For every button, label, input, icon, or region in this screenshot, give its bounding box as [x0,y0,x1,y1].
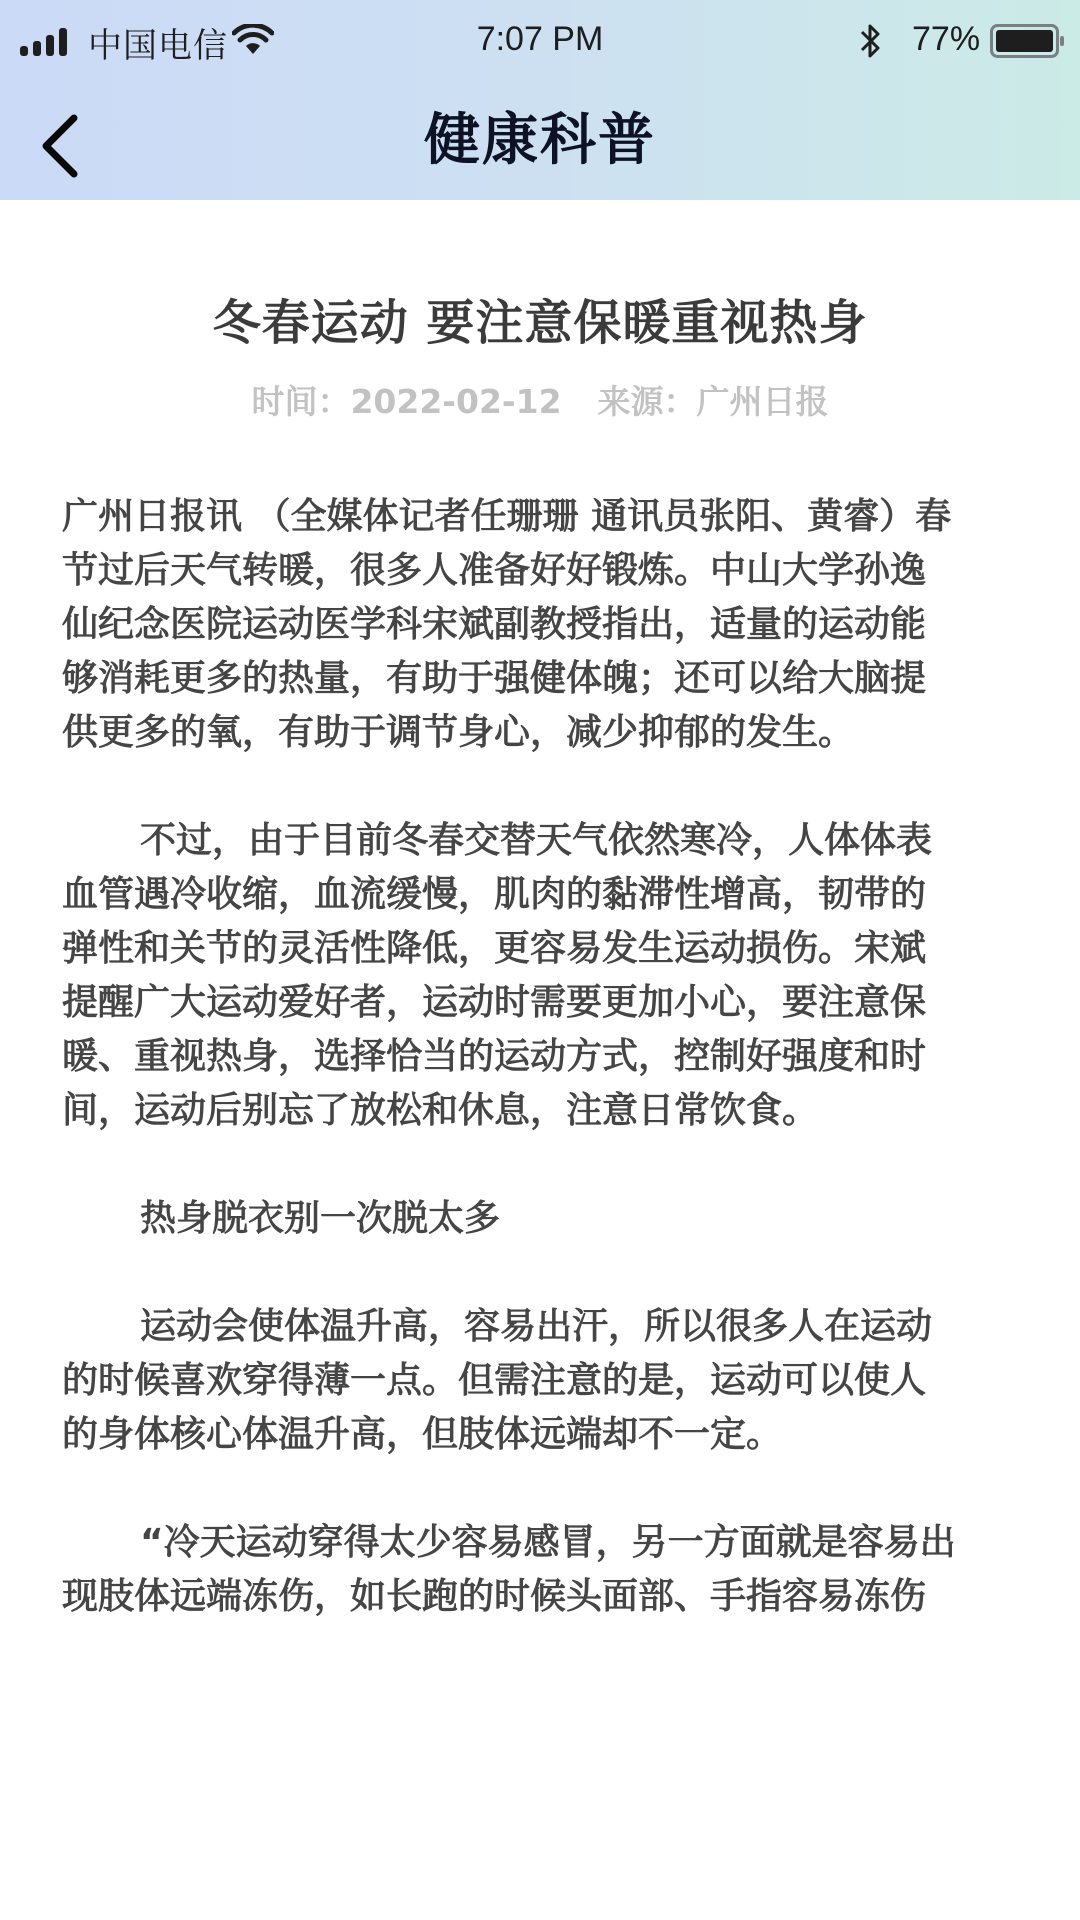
paragraph-line: 不过，由于目前冬春交替天气依然寒冷，人体体表 [62,814,1022,868]
status-bar: 中国电信 7:07 PM 77% [0,0,1080,84]
article-meta: 时间：2022-02-12来源：广州日报 [0,376,1080,423]
paragraph-line: 提醒广大运动爱好者，运动时需要更加小心，要注意保 [62,976,1022,1030]
paragraph-line: 广州日报讯 （全媒体记者任珊珊 通讯员张阳、黄睿）春 [62,490,1022,544]
publish-date: 2022-02-12 [350,382,561,421]
paragraph-line: 弹性和关节的灵活性降低，更容易发生运动损伤。宋斌 [62,922,1022,976]
paragraph-line: 暖、重视热身，选择恰当的运动方式，控制好强度和时 [62,1030,1022,1084]
paragraph-line: 仙纪念医院运动医学科宋斌副教授指出，适量的运动能 [62,598,1022,652]
paragraph-1: 广州日报讯 （全媒体记者任珊珊 通讯员张阳、黄睿）春 节过后天气转暖，很多人准备… [62,490,1022,760]
paragraph-line: 间，运动后别忘了放松和休息，注意日常饮食。 [62,1084,1022,1138]
nav-bar: 健康科普 [0,84,1080,200]
source-label: 来源： [598,376,697,423]
battery-icon [990,24,1066,58]
article-body: 广州日报讯 （全媒体记者任珊珊 通讯员张阳、黄睿）春 节过后天气转暖，很多人准备… [62,490,1022,1678]
bluetooth-icon [858,22,884,60]
paragraph-line: 的身体核心体温升高，但肢体远端却不一定。 [62,1408,1022,1462]
paragraph-line: 的时候喜欢穿得薄一点。但需注意的是，运动可以使人 [62,1354,1022,1408]
paragraph-line: 血管遇冷收缩，血流缓慢，肌肉的黏滞性增高，韧带的 [62,868,1022,922]
battery-percent: 77% [912,20,980,59]
article-title: 冬春运动 要注意保暖重视热身 [0,284,1080,353]
paragraph-2: 不过，由于目前冬春交替天气依然寒冷，人体体表 血管遇冷收缩，血流缓慢，肌肉的黏滞… [62,814,1022,1138]
section-heading: 热身脱衣别一次脱太多 [62,1192,1022,1246]
paragraph-line: “冷天运动穿得太少容易感冒，另一方面就是容易出 [62,1516,1022,1570]
paragraph-line: 供更多的氧，有助于调节身心，减少抑郁的发生。 [62,706,1022,760]
paragraph-4: “冷天运动穿得太少容易感冒，另一方面就是容易出 现肢体远端冻伤，如长跑的时候头面… [62,1516,1022,1624]
page-title: 健康科普 [0,96,1080,176]
paragraph-line: 现肢体远端冻伤，如长跑的时候头面部、手指容易冻伤 [62,1570,1022,1624]
paragraph-line: 运动会使体温升高，容易出汗，所以很多人在运动 [62,1300,1022,1354]
source-value: 广州日报 [697,376,829,423]
paragraph-line: 节过后天气转暖，很多人准备好好锻炼。中山大学孙逸 [62,544,1022,598]
app-header: 中国电信 7:07 PM 77% 健康科普 [0,0,1080,200]
subheading-line: 热身脱衣别一次脱太多 [62,1192,1022,1246]
paragraph-3: 运动会使体温升高，容易出汗，所以很多人在运动 的时候喜欢穿得薄一点。但需注意的是… [62,1300,1022,1462]
paragraph-line: 够消耗更多的热量，有助于强健体魄；还可以给大脑提 [62,652,1022,706]
time-label: 时间： [251,376,350,423]
